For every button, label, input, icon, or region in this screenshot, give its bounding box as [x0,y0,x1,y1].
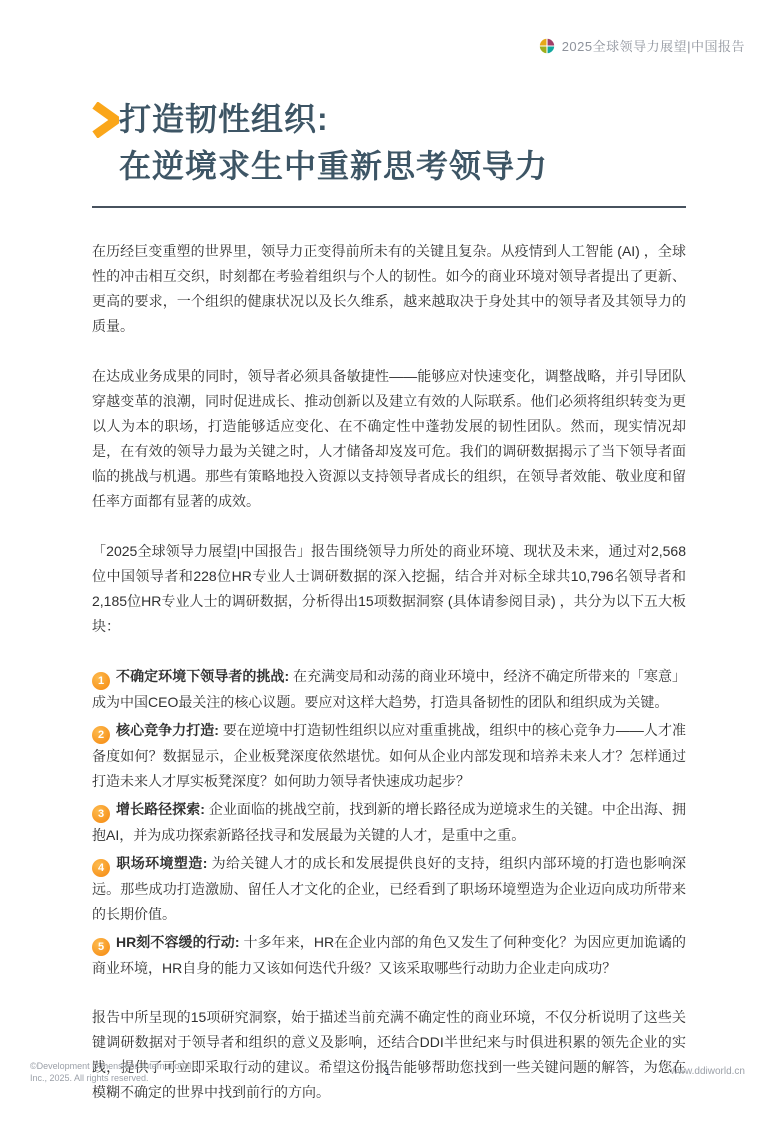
list-item: 1不确定环境下领导者的挑战: 在充满变局和动荡的商业环境中，经济不确定所带来的「… [92,664,686,715]
report-brand: 2025全球领导力展望|中国报告 [562,36,745,55]
copyright-notice: ©Development Dimensions International, I… [30,1060,194,1084]
report-page: { "header": { "brand": "2025全球领导力展望|中国报告… [0,0,777,1122]
website-url: www.ddiworld.cn [671,1066,745,1078]
number-badge: 1 [92,672,110,690]
closing-paragraph: 报告中所呈现的15项研究洞察，始于描述当前充满不确定性的商业环境，不仅分析说明了… [92,1005,686,1105]
list-item: 2核心竞争力打造: 要在逆境中打造韧性组织以应对重重挑战，组织中的核心竞争力——… [92,718,686,794]
chevron-right-icon [92,102,119,143]
number-badge: 5 [92,938,110,956]
insight-list: 1不确定环境下领导者的挑战: 在充满变局和动荡的商业环境中，经济不确定所带来的「… [92,664,686,981]
ddi-logo-icon [539,38,555,54]
list-item: 3增长路径探索: 企业面临的挑战空前，找到新的增长路径成为逆境求生的关键。中企出… [92,797,686,848]
intro-paragraph-1: 在历经巨变重塑的世界里，领导力正变得前所未有的关键且复杂。从疫情到人工智能 (A… [92,239,686,339]
page-footer: ©Development Dimensions International, I… [30,1060,745,1084]
page-content: 打造韧性组织: 在逆境求生中重新思考领导力 在历经巨变重塑的世界里，领导力正变得… [92,96,686,1105]
title-divider [92,206,686,208]
list-item-label: 增长路径探索: [116,801,205,817]
list-item-label: 不确定环境下领导者的挑战: [116,668,289,684]
list-item: 5HR刻不容缓的行动: 十多年来，HR在企业内部的角色又发生了何种变化？为因应更… [92,930,686,981]
intro-paragraph-3: 「2025全球领导力展望|中国报告」报告围绕领导力所处的商业环境、现状及未来，通… [92,539,686,639]
number-badge: 4 [92,859,110,877]
number-badge: 2 [92,726,110,744]
list-item: 4职场环境塑造: 为给关键人才的成长和发展提供良好的支持，组织内部环境的打造也影… [92,851,686,927]
page-number: 1 [384,1066,390,1078]
copyright-line1: ©Development Dimensions International, [30,1060,194,1072]
list-item-label: 核心竞争力打造: [116,722,219,738]
page-title-line1: 打造韧性组织: [119,101,329,137]
copyright-line2: Inc., 2025. All rights reserved. [30,1072,194,1084]
page-title: 打造韧性组织: 在逆境求生中重新思考领导力 [119,96,548,190]
page-header: 2025全球领导力展望|中国报告 [539,36,745,55]
intro-paragraph-2: 在达成业务成果的同时，领导者必须具备敏捷性——能够应对快速变化，调整战略，并引导… [92,364,686,514]
list-item-label: HR刻不容缓的行动: [116,934,240,950]
page-title-line2: 在逆境求生中重新思考领导力 [119,148,548,184]
title-block: 打造韧性组织: 在逆境求生中重新思考领导力 [92,96,686,190]
number-badge: 3 [92,805,110,823]
list-item-label: 职场环境塑造: [116,855,207,871]
